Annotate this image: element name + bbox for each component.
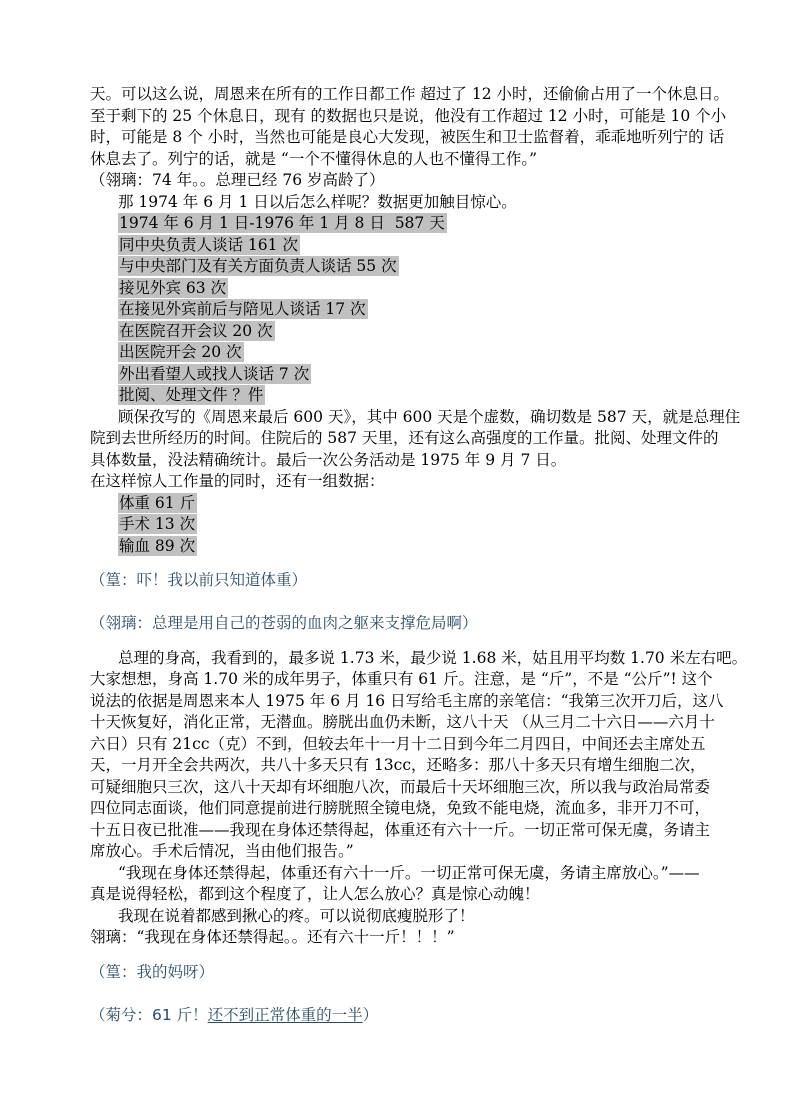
text-line: 四位同志面谈，他们同意提前进行膀胱照全镜电烧，免致不能电烧，流血多，非开刀不可，: [90, 798, 712, 820]
highlight-line: 与中央部门及有关方面负责人谈话 55 次: [90, 256, 712, 278]
highlighted-text: 体重 61 斤: [118, 493, 197, 513]
text-line: 真是说得轻松，都到这个程度了，让人怎么放心？真是惊心动魄！: [90, 884, 712, 906]
text-line: 天。可以这么说，周恩来在所有的工作日都工作 超过了 12 小时，还偷偷占用了一个…: [90, 84, 712, 106]
text-line: 休息去了。列宁的话，就是 “一个不懂得休息的人也不懂得工作。”: [90, 149, 712, 171]
highlighted-text: 在接见外宾前后与陪见人谈话 17 次: [118, 299, 368, 319]
spacer: [90, 635, 712, 648]
text-line: 院到去世所经历的时间。住院后的 587 天里，还有这么高强度的工作量。批阅、处理…: [90, 428, 712, 450]
comment-text: （菊兮：61 斤！: [90, 1006, 208, 1024]
highlight-line: 外出看望人或找人谈话 7 次: [90, 364, 712, 386]
comment-line: （篁：我的妈呀）: [90, 962, 712, 984]
highlight-line: 同中央负责人谈话 161 次: [90, 235, 712, 257]
text-line: “我现在身体还禁得起，体重还有六十一斤。一切正常可保无虞，务请主席放心。”——: [90, 863, 712, 885]
highlight-line: 在接见外宾前后与陪见人谈话 17 次: [90, 299, 712, 321]
spacer: [90, 557, 712, 570]
text-line: 大家想想，身高 1.70 米的成年男子，体重只有 61 斤。注意，是 “斤”，不…: [90, 669, 712, 691]
spacer: [90, 592, 712, 614]
text-line: 天，一月开全会共两次，共八十多天只有 13cc，还略多：那八十多天只有增生细胞二…: [90, 755, 712, 777]
highlighted-text: 批阅、处理文件 ？件: [118, 385, 265, 405]
highlighted-text: 1974 年 6 月 1 日-1976 年 1 月 8 日 587 天: [118, 213, 447, 233]
text-line: 十五日夜已批准——我现在身体还禁得起，体重还有六十一斤。一切正常可保无虞，务请主: [90, 820, 712, 842]
document-page: 天。可以这么说，周恩来在所有的工作日都工作 超过了 12 小时，还偷偷占用了一个…: [0, 0, 800, 1100]
highlighted-text: 与中央部门及有关方面负责人谈话 55 次: [118, 256, 399, 276]
highlighted-text: 出医院开会 20 次: [118, 342, 244, 362]
comment-line: （翎璃：总理是用自己的苍弱的血肉之躯来支撑危局啊）: [90, 613, 712, 635]
text-line: 总理的身高，我看到的，最多说 1.73 米，最少说 1.68 米，姑且用平均数 …: [90, 648, 712, 670]
highlighted-text: 在医院召开会议 20 次: [118, 321, 275, 341]
highlight-line: 体重 61 斤: [90, 493, 712, 515]
text-line: 六日）只有 21cc（克）不到，但较去年十一月十二日到今年二月四日，中间还去主席…: [90, 734, 712, 756]
highlight-line: 1974 年 6 月 1 日-1976 年 1 月 8 日 587 天: [90, 213, 712, 235]
text-line: 翎璃：“我现在身体还禁得起。。还有六十一斤！！！”: [90, 927, 712, 949]
highlighted-text: 手术 13 次: [118, 514, 197, 534]
highlight-line: 出医院开会 20 次: [90, 342, 712, 364]
text-line: 我现在说着都感到揪心的疼。可以说彻底瘦脱形了！: [90, 906, 712, 928]
highlight-line: 输血 89 次: [90, 536, 712, 558]
text-line: 顾保孜写的《周恩来最后 600 天》，其中 600 天是个虚数，确切数是 587…: [90, 407, 712, 429]
text-line: 说法的依据是周恩来本人 1975 年 6 月 16 日写给毛主席的亲笔信：“我第…: [90, 691, 712, 713]
text-line: （翎璃：74 年。。总理已经 76 岁高龄了）: [90, 170, 712, 192]
highlighted-text: 同中央负责人谈话 161 次: [118, 235, 300, 255]
highlight-line: 手术 13 次: [90, 514, 712, 536]
underlined-text: 还不到正常体重的一半: [208, 1006, 363, 1024]
comment-line: （菊兮：61 斤！还不到正常体重的一半）: [90, 1005, 712, 1027]
text-line: 在这样惊人工作量的同时，还有一组数据：: [90, 471, 712, 493]
document-body: 天。可以这么说，周恩来在所有的工作日都工作 超过了 12 小时，还偷偷占用了一个…: [90, 84, 712, 1026]
highlighted-text: 外出看望人或找人谈话 7 次: [118, 364, 311, 384]
spacer: [90, 949, 712, 962]
text-line: 具体数量，没法精确统计。最后一次公务活动是 1975 年 9 月 7 日。: [90, 450, 712, 472]
text-line: 十天恢复好，消化正常，无潜血。膀胱出血仍未断，这八十天 （从三月二十六日——六月…: [90, 712, 712, 734]
text-line: 至于剩下的 25 个休息日，现有 的数据也只是说，他没有工作超过 12 小时，可…: [90, 106, 712, 128]
highlight-line: 批阅、处理文件 ？件: [90, 385, 712, 407]
text-line: 可疑细胞只三次，这八十天却有坏细胞八次，而最后十天坏细胞三次，所以我与政治局常委: [90, 777, 712, 799]
spacer: [90, 983, 712, 1005]
comment-line: （篁：吓！我以前只知道体重）: [90, 570, 712, 592]
text-line: 时，可能是 8 个 小时，当然也可能是良心大发现，被医生和卫士监督着，乖乖地听列…: [90, 127, 712, 149]
highlighted-text: 接见外宾 63 次: [118, 278, 228, 298]
highlight-line: 在医院召开会议 20 次: [90, 321, 712, 343]
text-line: 席放心。手术后情况，当由他们报告。”: [90, 841, 712, 863]
highlighted-text: 输血 89 次: [118, 536, 197, 556]
text-line: 那 1974 年 6 月 1 日以后怎么样呢？数据更加触目惊心。: [90, 192, 712, 214]
highlight-line: 接见外宾 63 次: [90, 278, 712, 300]
comment-text: ）: [363, 1006, 379, 1024]
